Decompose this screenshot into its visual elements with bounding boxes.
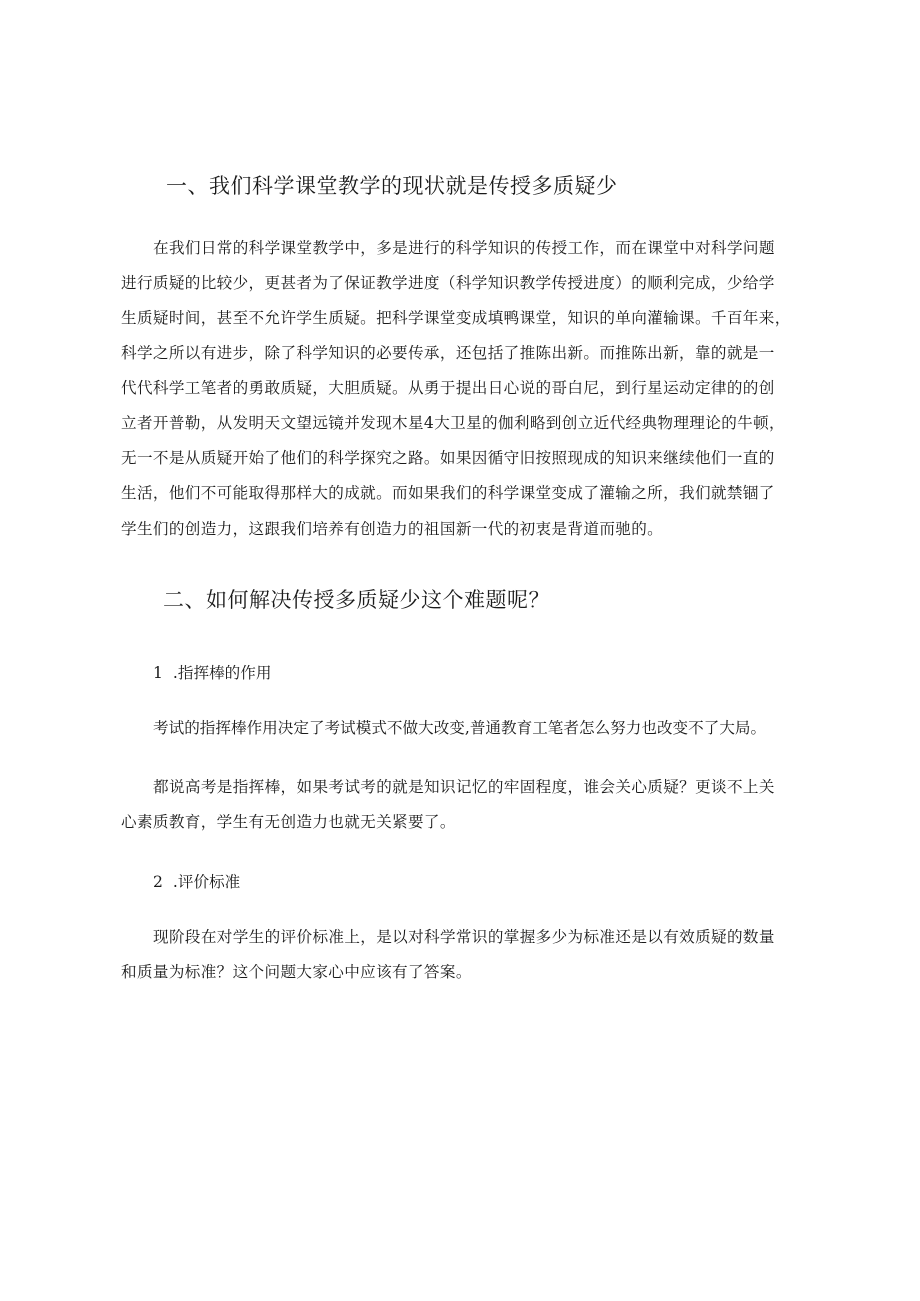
- item-2-title: .评价标准: [173, 873, 240, 891]
- paragraph-line: 立者开普勒，从发明天文望远镜并发现木星4大卫星的伽利略到创立近代经典物理理论的牛…: [121, 411, 785, 433]
- paragraph-line: 生活，他们不可能取得那样大的成就。而如果我们的科学课堂变成了灌输之所，我们就禁锢…: [121, 481, 775, 503]
- paragraph-line: 学生们的创造力，这跟我们培养有创造力的祖国新一代的初衷是背道而驰的。: [121, 517, 663, 539]
- paragraph-line: 在我们日常的科学课堂教学中，多是进行的科学知识的传授工作，而在课堂中对科学问题: [153, 236, 775, 258]
- paragraph-line: 无一不是从质疑开始了他们的科学探究之路。如果因循守旧按照现成的知识来继续他们一直…: [121, 446, 775, 468]
- section-1-heading: 一、我们科学课堂教学的现状就是传授多质疑少: [166, 170, 618, 200]
- item-1-number: 1: [153, 664, 163, 682]
- item-2-number: 2: [153, 873, 163, 891]
- item-2-heading: 2.评价标准: [153, 870, 240, 892]
- section-2-heading: 二、如何解决传授多质疑少这个难题呢？: [163, 584, 550, 614]
- item-1-paragraph-1: 考试的指挥棒作用决定了考试模式不做大改变,普通教育工笔者怎么努力也改变不了大局。: [153, 716, 766, 738]
- paragraph-line: 和质量为标准？这个问题大家心中应该有了答案。: [121, 960, 472, 982]
- item-1-title: .指挥棒的作用: [173, 664, 272, 682]
- paragraph-line: 进行质疑的比较少，更甚者为了保证教学进度（科学知识教学传授进度）的顺利完成，少给…: [121, 271, 775, 293]
- item-1-heading: 1.指挥棒的作用: [153, 661, 271, 683]
- paragraph-line: 代代科学工笔者的勇敢质疑，大胆质疑。从勇于提出日心说的哥白尼，到行星运动定律的的…: [121, 376, 775, 398]
- paragraph-line: 心素质教育，学生有无创造力也就无关紧要了。: [121, 810, 456, 832]
- paragraph-line: 现阶段在对学生的评价标准上，是以对科学常识的掌握多少为标准还是以有效质疑的数量: [153, 925, 775, 947]
- paragraph-line: 生质疑时间，甚至不允许学生质疑。把科学课堂变成填鸭课堂，知识的单向灌输课。千百年…: [121, 306, 791, 328]
- paragraph-line: 都说高考是指挥棒，如果考试考的就是知识记忆的牢固程度，谁会关心质疑？更谈不上关: [153, 775, 775, 797]
- paragraph-line: 科学之所以有进步，除了科学知识的必要传承，还包括了推陈出新。而推陈出新，靠的就是…: [121, 341, 775, 363]
- document-page: 一、我们科学课堂教学的现状就是传授多质疑少 在我们日常的科学课堂教学中，多是进行…: [0, 0, 920, 1301]
